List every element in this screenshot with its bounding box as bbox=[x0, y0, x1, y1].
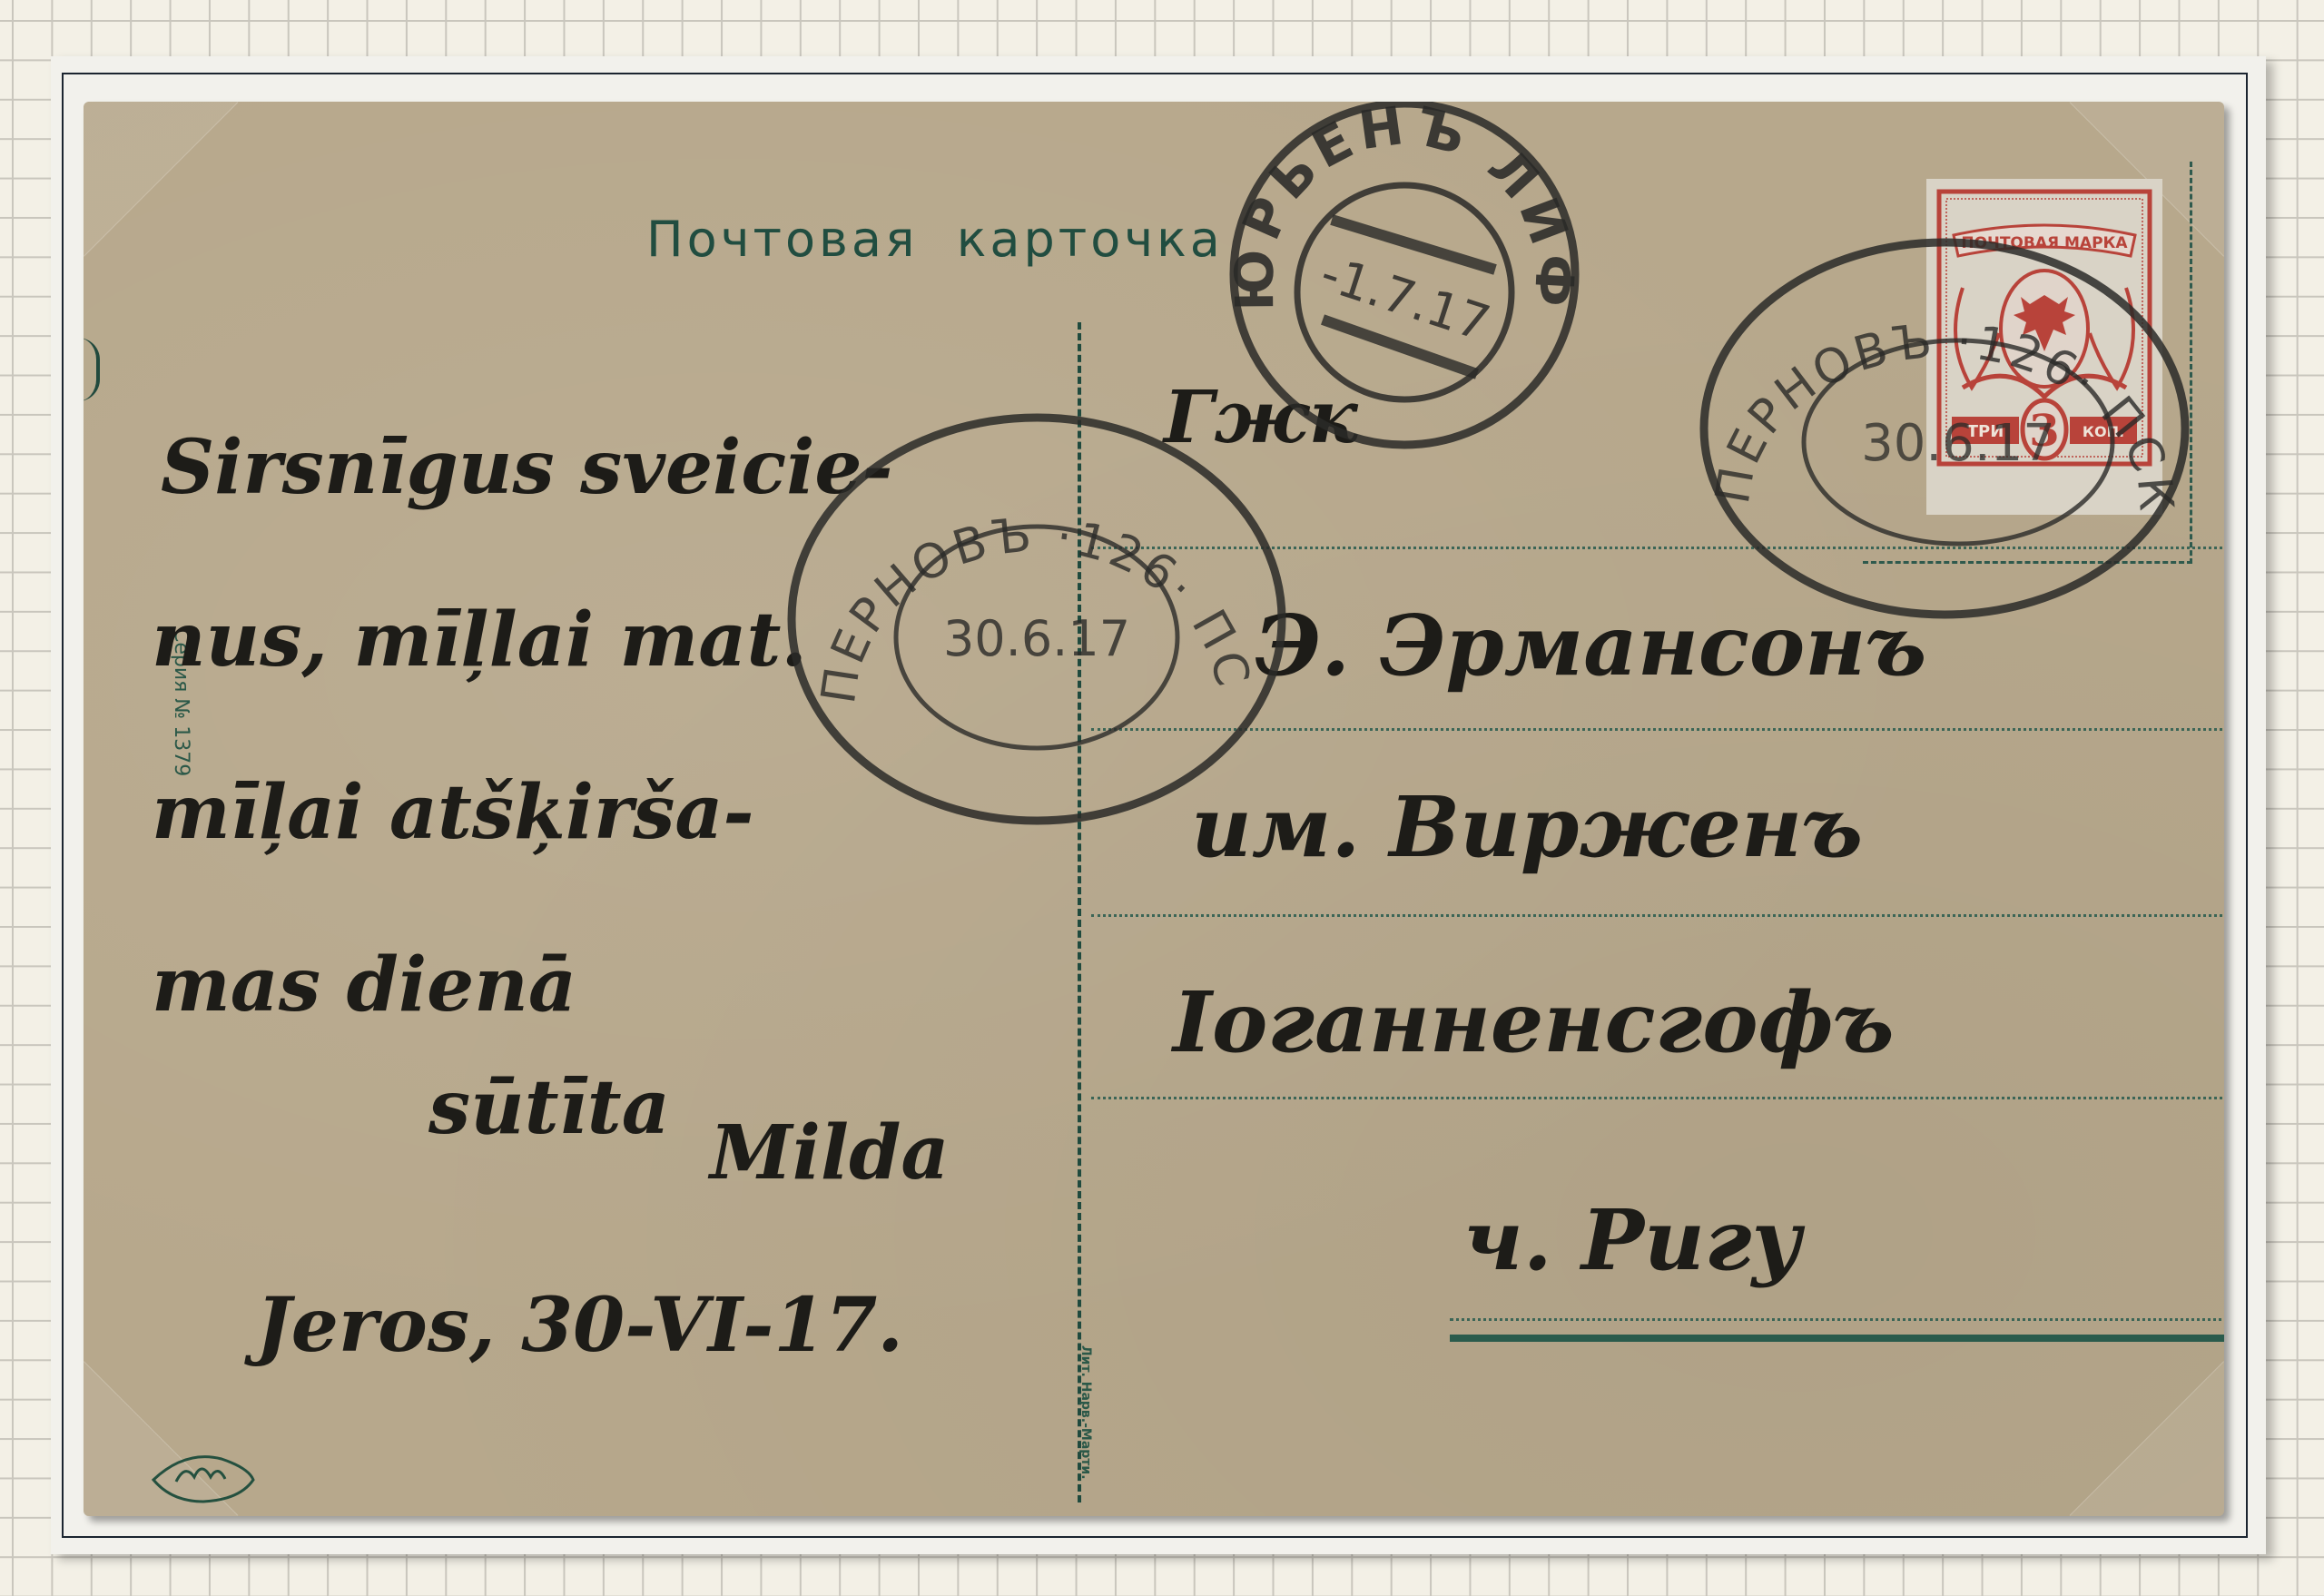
svg-text:ПОЧТОВАЯ МАРКА: ПОЧТОВАЯ МАРКА bbox=[1961, 234, 2128, 252]
message-line-5: sūtīta bbox=[428, 1064, 670, 1151]
message-line-4: mas dienā bbox=[152, 941, 576, 1029]
svg-text:ЮРЬЕНЪ ЛИФЛ.: ЮРЬЕНЪ ЛИФЛ. bbox=[1214, 102, 1586, 313]
address-line-2 bbox=[1091, 728, 2224, 731]
signature: Milda bbox=[710, 1109, 950, 1197]
svg-text:3: 3 bbox=[2029, 406, 2059, 457]
place-and-date: Jeros, 30-VI-17. bbox=[256, 1282, 903, 1369]
svg-text:30.6.17: 30.6.17 bbox=[943, 610, 1130, 667]
photo-corner-top-left bbox=[84, 102, 238, 256]
publisher-leaf-logo-icon bbox=[149, 1445, 258, 1509]
address-line-1 bbox=[1091, 547, 2224, 549]
address-line-5 bbox=[1450, 1318, 2224, 1321]
svg-text:ТРИ: ТРИ bbox=[1967, 422, 2004, 441]
address-estate: им. Вирженъ bbox=[1191, 778, 1863, 876]
postcard: Почтовая карточка Серия № 1379 Лит. Нарв… bbox=[84, 102, 2224, 1516]
postcard-title: Почтовая карточка bbox=[646, 211, 1224, 268]
address-underline-heavy bbox=[1450, 1335, 2224, 1342]
vertical-divider bbox=[1078, 322, 1081, 1502]
address-locality: Іоганненсгофъ bbox=[1173, 973, 1895, 1071]
address-line-4 bbox=[1091, 1097, 2224, 1099]
message-line-3: mīļai atšķirša- bbox=[152, 769, 754, 856]
printer-imprint: Лит. Нарв.-Марти. bbox=[1078, 1345, 1093, 1480]
message-line-2: nus, mīļlai mat. bbox=[152, 596, 807, 684]
photo-corner-bottom-right bbox=[2070, 1362, 2224, 1516]
address-city: ч. Ригу bbox=[1463, 1191, 1802, 1289]
edge-mark bbox=[84, 338, 100, 401]
address-salutation: Гжк bbox=[1164, 374, 1358, 459]
address-recipient: Э. Эрмансонъ bbox=[1255, 596, 1926, 695]
message-line-1: Sirsnīgus sveicie- bbox=[161, 424, 893, 511]
address-line-3 bbox=[1091, 914, 2224, 917]
svg-text:-1.7.17: -1.7.17 bbox=[1314, 244, 1496, 352]
postage-stamp: ПОЧТОВАЯ МАРКА ТРИ КОП. 3 bbox=[1926, 179, 2162, 515]
svg-text:КОП.: КОП. bbox=[2083, 423, 2124, 440]
